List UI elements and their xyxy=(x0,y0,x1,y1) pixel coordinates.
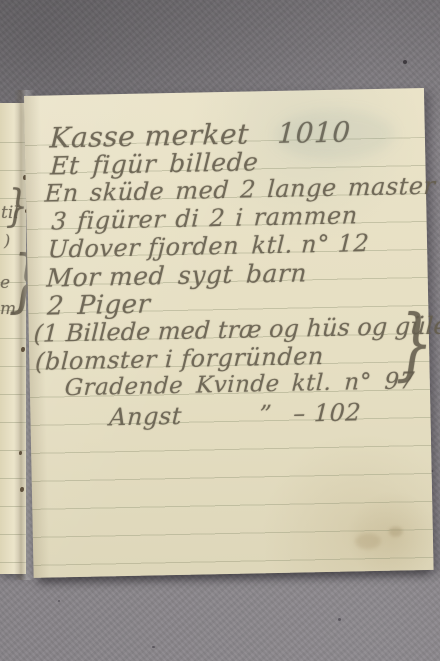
catalog-number: – 102 xyxy=(293,400,362,425)
handwritten-line: Angst xyxy=(109,404,183,429)
brace-right: } xyxy=(396,310,434,379)
handwritten-line: 2 Piger xyxy=(46,291,151,319)
handwritten-line: Mor med sygt barn xyxy=(46,260,308,290)
handwritten-line: Gradende Kvinde ktl. n° 97 xyxy=(64,370,415,400)
handwritten-line: Kasse merket 1010 xyxy=(49,118,351,152)
photograph: } til ) } e m Kasse merket 1010 Et figür… xyxy=(0,0,440,661)
felt-speck xyxy=(58,600,60,602)
page-edge-fragment: e xyxy=(0,275,10,292)
handwritten-line: (1 Billede med træ og hüs og güle xyxy=(33,314,440,346)
handwritten-line: (blomster i forgründen xyxy=(35,344,325,374)
handwritten-line: 3 figürer di 2 i rammen xyxy=(51,203,359,233)
handwritten-line: En sküde med 2 lange master xyxy=(44,174,436,206)
notebook-page: Kasse merket 1010 Et figür billede En sk… xyxy=(24,88,434,578)
felt-speck xyxy=(338,618,341,621)
ditto-mark: ” xyxy=(259,402,273,426)
handwritten-line: Udover fjorden ktl. n° 12 xyxy=(47,231,370,261)
handwritten-line: Et figür billede xyxy=(50,149,259,178)
felt-speck xyxy=(152,646,155,648)
paper-smudge xyxy=(389,526,403,536)
felt-speck xyxy=(403,60,407,64)
paper-smudge xyxy=(355,533,381,550)
